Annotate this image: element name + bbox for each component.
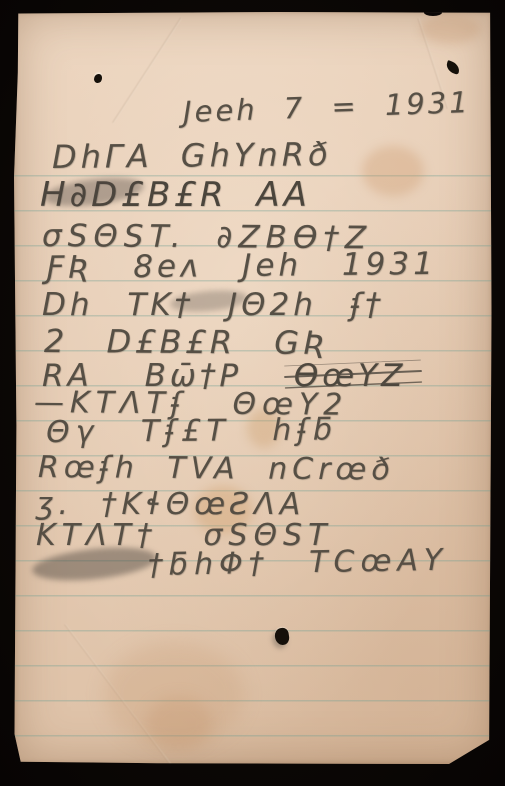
manuscript-page: Jeeh 7 = 1931 DhΓA GhYnRð H∂D£B£R AA σSΘ… bbox=[14, 12, 492, 764]
handwritten-text: 2 D£B£R GƦ bbox=[44, 322, 330, 362]
age-stain bbox=[420, 14, 480, 44]
handwritten-line: Rœʄh TVA nCrœð bbox=[38, 450, 395, 487]
handwritten-line: 2 D£B£R GƦ bbox=[44, 322, 330, 362]
handwritten-text: Rœʄh TVA nCrœð bbox=[38, 450, 395, 487]
handwritten-line: †ƃhΦ† TCœAY bbox=[148, 543, 449, 583]
photo-backdrop: Jeeh 7 = 1931 DhΓA GhYnRð H∂D£B£R AA σSΘ… bbox=[0, 0, 505, 786]
handwritten-line: DhΓA GhYnRð bbox=[52, 135, 332, 176]
handwritten-text: ƑƦ 8eʌ Jeh 1931 bbox=[46, 246, 437, 286]
edge-nick bbox=[424, 9, 442, 16]
age-stain bbox=[362, 146, 424, 196]
age-stain bbox=[146, 696, 212, 750]
handwritten-text: Θγ Tʄ£T hʄƃ bbox=[46, 412, 339, 450]
handwritten-text: DhΓA GhYnRð bbox=[52, 135, 332, 176]
paper-crease bbox=[112, 18, 182, 124]
handwritten-line: ƑƦ 8eʌ Jeh 1931 bbox=[46, 246, 437, 286]
handwritten-line-date: Jeeh 7 = 1931 bbox=[182, 85, 471, 129]
handwritten-line: ʒ. †KɬΘœƧΛA bbox=[36, 487, 305, 522]
handwritten-line: Θγ Tʄ£T hʄƃ bbox=[46, 412, 339, 450]
pin-hole-top-left bbox=[94, 74, 102, 83]
handwritten-text: Jeeh 7 = 1931 bbox=[182, 85, 471, 129]
handwritten-text: ʒ. †KɬΘœƧΛA bbox=[36, 487, 305, 522]
handwritten-text: †ƃhΦ† TCœAY bbox=[148, 543, 449, 583]
tear-top-right bbox=[445, 60, 462, 75]
